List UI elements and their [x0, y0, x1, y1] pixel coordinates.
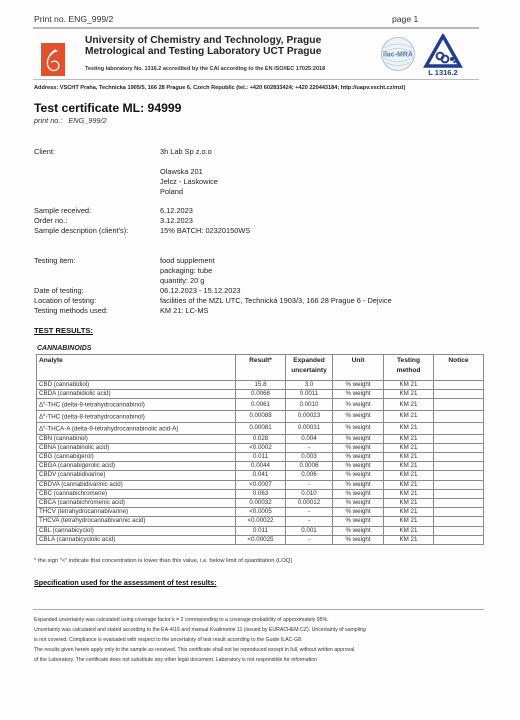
- analyte-name: -THC (delta-8-tetrahydrocannabinol): [45, 414, 144, 421]
- method-cell: KM 21: [384, 443, 434, 452]
- unit-cell: % weight: [333, 443, 384, 452]
- order-no-label: Order no.:: [34, 216, 67, 225]
- result-cell: 0.063: [236, 489, 286, 498]
- analyte-cell: CBDVA (cannabidivarinic acid): [37, 480, 236, 489]
- analyte-cell: CBLA (cannabicyclolic acid): [37, 535, 236, 544]
- testing-item-label: Testing item:: [34, 256, 76, 265]
- client-name: 3h Lab Sp z.o.o: [160, 147, 212, 156]
- method-cell: KM 21: [384, 452, 434, 461]
- sample-received-label: Sample received:: [34, 206, 91, 215]
- legal-line-5: of the Laboratory. The certificate does …: [34, 657, 317, 663]
- unit-cell: % weight: [333, 434, 384, 443]
- notice-cell: [434, 517, 484, 526]
- certificate-print-no: print no.:ENG_999/2: [34, 116, 107, 125]
- analyte-name: CBL (cannabicyclol): [39, 527, 94, 534]
- analyte-cell: CBG (cannabigerol): [37, 452, 236, 461]
- col-result: Result*: [236, 355, 286, 381]
- analyte-cell: Δ8-THC (delta-8-tetrahydrocannabinol): [37, 411, 236, 423]
- legal-line-2: Uncertainty was calculated and stated ac…: [34, 627, 366, 633]
- client-address-line-3: Poland: [160, 187, 183, 196]
- legal-line-4: The results given herein apply only to t…: [34, 647, 354, 653]
- col-analyte: Analyte: [37, 355, 236, 381]
- testing-methods-value: KM 21: LC-MS: [160, 306, 208, 315]
- unit-cell: % weight: [333, 480, 384, 489]
- table-row: THCV (tetrahydrocannabivarine)<0.0005-% …: [37, 508, 484, 517]
- analyte-name: CBGA (cannabigerolic acid): [39, 462, 115, 469]
- analyte-cell: CBN (cannabinol): [37, 434, 236, 443]
- result-cell: 0.00032: [236, 498, 286, 507]
- unit-cell: % weight: [333, 381, 384, 390]
- date-of-testing-label: Date of testing:: [34, 286, 84, 295]
- uncertainty-cell: -: [286, 535, 333, 544]
- analyte-cell: CBGA (cannabigerolic acid): [37, 462, 236, 471]
- method-cell: KM 21: [384, 411, 434, 423]
- method-cell: KM 21: [384, 381, 434, 390]
- notice-cell: [434, 399, 484, 411]
- certificate-title: Test certificate ML: 94999: [34, 101, 181, 115]
- header-divider: [33, 27, 479, 29]
- uncertainty-cell: 0.006: [286, 471, 333, 480]
- sample-description-label: Sample description (client's):: [34, 226, 128, 235]
- notice-cell: [434, 422, 484, 434]
- footer-divider: [33, 609, 484, 610]
- uncertainty-cell: 0.001: [286, 526, 333, 535]
- analyte-name: CBLA (cannabicyclolic acid): [39, 536, 115, 543]
- unit-cell: % weight: [333, 526, 384, 535]
- analyte-name: CBCA (cannabichromenic acid): [39, 499, 125, 506]
- col-uncertainty: Expanded uncertainty: [286, 355, 333, 381]
- result-cell: 0.00088: [236, 411, 286, 423]
- print-number: Print no. ENG_999/2: [34, 14, 113, 24]
- cannabinoids-group-title: CANNABINOIDS: [37, 345, 91, 352]
- sample-received-value: 6.12.2023: [160, 206, 193, 215]
- method-cell: KM 21: [384, 508, 434, 517]
- institution-name: University of Chemistry and Technology, …: [85, 35, 321, 46]
- uncertainty-cell: 0.0010: [286, 399, 333, 411]
- results-table: Analyte Result* Expanded uncertainty Uni…: [36, 354, 484, 545]
- notice-cell: [434, 535, 484, 544]
- analyte-name: THCVA (tetrahydrocannabivarinic acid): [39, 517, 146, 524]
- result-cell: 0.00081: [236, 422, 286, 434]
- laboratory-name: Metrological and Testing Laboratory UCT …: [85, 46, 321, 57]
- analyte-cell: THCVA (tetrahydrocannabivarinic acid): [37, 517, 236, 526]
- unit-cell: % weight: [333, 535, 384, 544]
- notice-cell: [434, 471, 484, 480]
- table-row: CBNA (cannabinolic acid)<0.0002-% weight…: [37, 443, 484, 452]
- table-row: CBLA (cannabicyclolic acid)<0.00025-% we…: [37, 535, 484, 544]
- client-address-line-1: Olawska 201: [160, 167, 203, 176]
- analyte-cell: CBDV (cannabidivarine): [37, 471, 236, 480]
- col-method: Testing method: [384, 355, 434, 381]
- unit-cell: % weight: [333, 390, 384, 399]
- uncertainty-cell: -: [286, 443, 333, 452]
- specification-heading: Specification used for the assessment of…: [34, 578, 217, 587]
- analyte-name: -THC (delta-9-tetrahydrocannabinol): [45, 402, 144, 409]
- method-cell: KM 21: [384, 480, 434, 489]
- table-row: Δ9-THCA-A (delta-9-tetrahydrocannabinoli…: [37, 422, 484, 434]
- table-row: CBGA (cannabigerolic acid)0.00440.0006% …: [37, 462, 484, 471]
- result-cell: 15.8: [236, 381, 286, 390]
- accreditation-text: Testing laboratory No. 1316.2 accredited…: [85, 66, 325, 72]
- analyte-name: CBNA (cannabinolic acid): [39, 444, 109, 451]
- method-cell: KM 21: [384, 517, 434, 526]
- unit-cell: % weight: [333, 517, 384, 526]
- method-cell: KM 21: [384, 498, 434, 507]
- test-results-heading: TEST RESULTS:: [34, 326, 93, 335]
- method-cell: KM 21: [384, 471, 434, 480]
- ilac-text: ilac-MRA: [383, 52, 413, 59]
- analyte-name: -THCA-A (delta-9-tetrahydrocannabinolic …: [45, 425, 178, 432]
- analyte-name: CBD (cannabidiol): [39, 381, 89, 388]
- result-cell: <0.00022: [236, 517, 286, 526]
- notice-cell: [434, 434, 484, 443]
- result-cell: 0.0044: [236, 462, 286, 471]
- unit-cell: % weight: [333, 508, 384, 517]
- analyte-cell: Δ9-THC (delta-9-tetrahydrocannabinol): [37, 399, 236, 411]
- method-cell: KM 21: [384, 399, 434, 411]
- table-row: Δ9-THC (delta-9-tetrahydrocannabinol)0.0…: [37, 399, 484, 411]
- cai-accreditation-logo-icon: L 1316.2: [423, 34, 463, 76]
- unit-cell: % weight: [333, 422, 384, 434]
- notice-cell: [434, 480, 484, 489]
- method-cell: KM 21: [384, 390, 434, 399]
- uncertainty-cell: 0.00023: [286, 411, 333, 423]
- print-no-value: ENG_999/2: [68, 116, 106, 125]
- table-row: CBC (cannabichromene)0.0630.010% weightK…: [37, 489, 484, 498]
- method-cell: KM 21: [384, 422, 434, 434]
- result-cell: 0.0061: [236, 399, 286, 411]
- result-cell: <0.0002: [236, 443, 286, 452]
- uncertainty-cell: -: [286, 517, 333, 526]
- vscht-logo-icon: [41, 43, 65, 76]
- notice-cell: [434, 489, 484, 498]
- cai-number: L 1316.2: [428, 68, 457, 76]
- testing-item-line-3: quantity: 20 g: [160, 276, 204, 285]
- unit-cell: % weight: [333, 399, 384, 411]
- col-unit: Unit: [333, 355, 384, 381]
- testing-item-line-2: packaging: tube: [160, 266, 212, 275]
- notice-cell: [434, 498, 484, 507]
- loq-footnote: * the sign "<" indicate that concentrati…: [34, 558, 292, 564]
- analyte-cell: CBNA (cannabinolic acid): [37, 443, 236, 452]
- table-row: CBL (cannabicyclol)0.0110.001% weightKM …: [37, 526, 484, 535]
- unit-cell: % weight: [333, 452, 384, 461]
- uncertainty-cell: -: [286, 480, 333, 489]
- analyte-name: CBN (cannabinol): [39, 435, 88, 442]
- table-row: CBDVA (cannabidivarinic acid)<0.0007-% w…: [37, 480, 484, 489]
- client-address-line-2: Jelcz - Laskowice: [160, 177, 218, 186]
- analyte-cell: CBD (cannabidiol): [37, 381, 236, 390]
- location-label: Location of testing:: [34, 296, 96, 305]
- notice-cell: [434, 390, 484, 399]
- legal-line-3: is not covered. Compliance is evaluated …: [34, 637, 302, 643]
- notice-cell: [434, 443, 484, 452]
- analyte-cell: THCV (tetrahydrocannabivarine): [37, 508, 236, 517]
- result-cell: 0.0068: [236, 390, 286, 399]
- analyte-cell: Δ9-THCA-A (delta-9-tetrahydrocannabinoli…: [37, 422, 236, 434]
- result-cell: <0.0007: [236, 480, 286, 489]
- analyte-name: CBC (cannabichromene): [39, 490, 107, 497]
- result-cell: 0.011: [236, 526, 286, 535]
- testing-methods-label: Testing methods used:: [34, 306, 108, 315]
- table-row: CBN (cannabinol)0.0280.004% weightKM 21: [37, 434, 484, 443]
- legal-line-1: Expanded uncertainty was calculated usin…: [34, 617, 329, 623]
- method-cell: KM 21: [384, 526, 434, 535]
- header-bottom-divider: [33, 79, 479, 80]
- analyte-cell: CBC (cannabichromene): [37, 489, 236, 498]
- result-cell: 0.028: [236, 434, 286, 443]
- analyte-cell: CBL (cannabicyclol): [37, 526, 236, 535]
- uncertainty-cell: 0.004: [286, 434, 333, 443]
- date-of-testing-value: 06.12.2023 - 15.12.2023: [160, 286, 241, 295]
- uncertainty-cell: 0.003: [286, 452, 333, 461]
- table-row: CBD (cannabidiol)15.83.0% weightKM 21: [37, 381, 484, 390]
- analyte-name: CBDVA (cannabidivarinic acid): [39, 481, 123, 488]
- unit-cell: % weight: [333, 471, 384, 480]
- analyte-name: THCV (tetrahydrocannabivarine): [39, 508, 128, 515]
- results-header-row: Analyte Result* Expanded uncertainty Uni…: [37, 355, 484, 381]
- analyte-cell: CBCA (cannabichromenic acid): [37, 498, 236, 507]
- page-number: page 1: [392, 14, 418, 24]
- unit-cell: % weight: [333, 498, 384, 507]
- client-label: Client:: [34, 147, 55, 156]
- location-value: facilities of the MZL UTC, Technická 190…: [160, 296, 392, 305]
- ilac-mra-logo-icon: ilac-MRA: [380, 36, 416, 72]
- method-cell: KM 21: [384, 434, 434, 443]
- sample-description-value: 15% BATCH: 02320150WS: [160, 226, 250, 235]
- notice-cell: [434, 381, 484, 390]
- notice-cell: [434, 462, 484, 471]
- analyte-name: CBDV (cannabidivarine): [39, 471, 105, 478]
- notice-cell: [434, 508, 484, 517]
- analyte-cell: CBDA (cannabidiolic acid): [37, 390, 236, 399]
- testing-item-line-1: food supplement: [160, 256, 215, 265]
- col-notice: Notice: [434, 355, 484, 381]
- unit-cell: % weight: [333, 411, 384, 423]
- uncertainty-cell: 0.00031: [286, 422, 333, 434]
- unit-cell: % weight: [333, 462, 384, 471]
- notice-cell: [434, 411, 484, 423]
- uncertainty-cell: 0.0006: [286, 462, 333, 471]
- notice-cell: [434, 452, 484, 461]
- table-row: CBDA (cannabidiolic acid)0.00680.0011% w…: [37, 390, 484, 399]
- uncertainty-cell: 3.0: [286, 381, 333, 390]
- lab-address: Address: VSCHT Praha, Technicka 1905/5, …: [34, 85, 405, 91]
- table-row: THCVA (tetrahydrocannabivarinic acid)<0.…: [37, 517, 484, 526]
- table-row: CBG (cannabigerol)0.0110.003% weightKM 2…: [37, 452, 484, 461]
- analyte-name: CBG (cannabigerol): [39, 453, 94, 460]
- uncertainty-cell: -: [286, 508, 333, 517]
- print-no-label: print no.:: [34, 116, 62, 125]
- analyte-name: CBDA (cannabidiolic acid): [39, 390, 111, 397]
- result-cell: <0.0005: [236, 508, 286, 517]
- result-cell: 0.011: [236, 452, 286, 461]
- uncertainty-cell: 0.0011: [286, 390, 333, 399]
- table-row: Δ8-THC (delta-8-tetrahydrocannabinol)0.0…: [37, 411, 484, 423]
- unit-cell: % weight: [333, 489, 384, 498]
- method-cell: KM 21: [384, 489, 434, 498]
- uncertainty-cell: 0.00012: [286, 498, 333, 507]
- uncertainty-cell: 0.010: [286, 489, 333, 498]
- method-cell: KM 21: [384, 535, 434, 544]
- notice-cell: [434, 526, 484, 535]
- order-no-value: 3.12.2023: [160, 216, 193, 225]
- result-cell: <0.00025: [236, 535, 286, 544]
- method-cell: KM 21: [384, 462, 434, 471]
- table-row: CBDV (cannabidivarine)0.0410.006% weight…: [37, 471, 484, 480]
- result-cell: 0.041: [236, 471, 286, 480]
- table-row: CBCA (cannabichromenic acid)0.000320.000…: [37, 498, 484, 507]
